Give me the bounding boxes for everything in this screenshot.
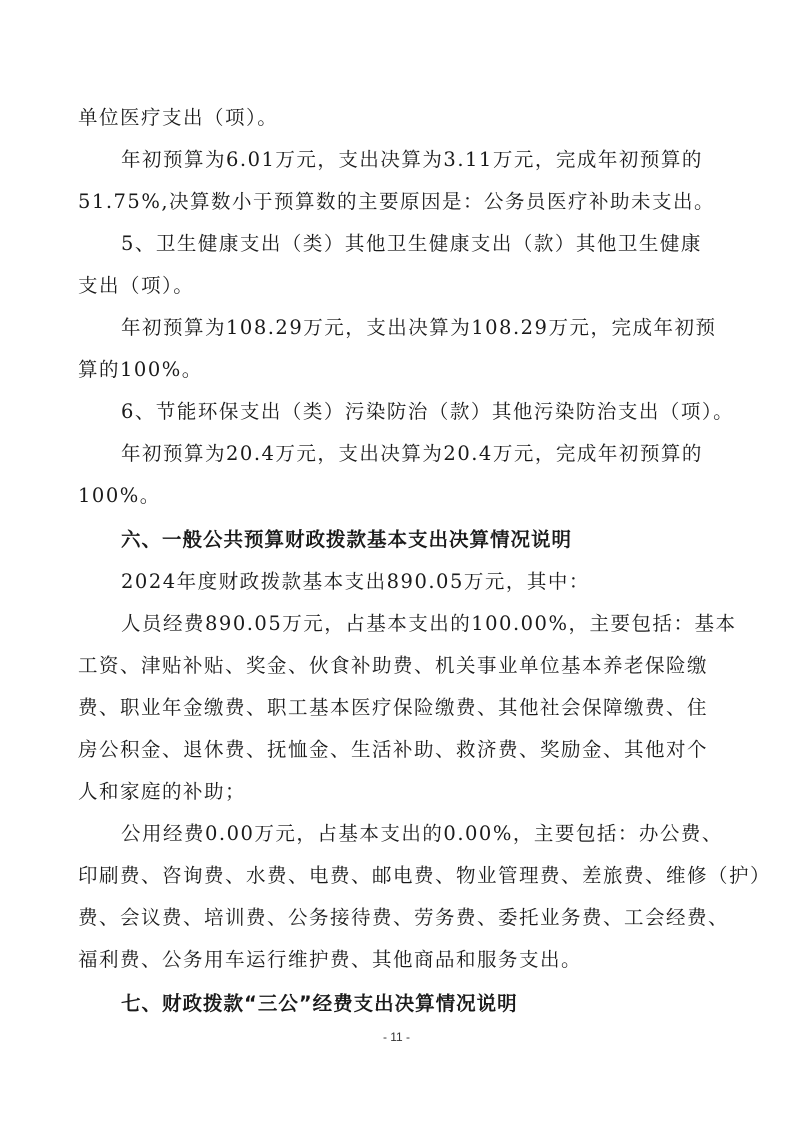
paragraph-line: 单位医疗支出（项）。 <box>78 106 738 130</box>
paragraph-line: 2024年度财政拨款基本支出890.05万元，其中： <box>121 570 781 594</box>
paragraph-line: 房公积金、退休费、抚恤金、生活补助、救济费、奖励金、其他对个 <box>78 738 738 762</box>
paragraph-line: 51.75%,决算数小于预算数的主要原因是：公务员医疗补助未支出。 <box>78 190 738 214</box>
paragraph-line: 费、会议费、培训费、公务接待费、劳务费、委托业务费、工会经费、 <box>78 906 738 930</box>
section-heading-7: 七、财政拨款“三公”经费支出决算情况说明 <box>121 992 781 1016</box>
paragraph-line: 福利费、公务用车运行维护费、其他商品和服务支出。 <box>78 948 738 972</box>
paragraph-line: 100%。 <box>78 484 738 508</box>
paragraph-line: 公用经费0.00万元，占基本支出的0.00%，主要包括：办公费、 <box>121 822 781 846</box>
paragraph-line: 支出（项）。 <box>78 274 738 298</box>
paragraph-line: 算的100%。 <box>78 358 738 382</box>
paragraph-line: 印刷费、咨询费、水费、电费、邮电费、物业管理费、差旅费、维修（护） <box>78 864 738 888</box>
paragraph-line: 费、职业年金缴费、职工基本医疗保险缴费、其他社会保障缴费、住 <box>78 696 738 720</box>
paragraph-line: 人员经费890.05万元，占基本支出的100.00%，主要包括：基本 <box>121 612 781 636</box>
paragraph-line: 工资、津贴补贴、奖金、伙食补助费、机关事业单位基本养老保险缴 <box>78 654 738 678</box>
page-number: - 11 - <box>0 1030 793 1044</box>
section-heading-6: 六、一般公共预算财政拨款基本支出决算情况说明 <box>121 528 781 552</box>
paragraph-line: 5、卫生健康支出（类）其他卫生健康支出（款）其他卫生健康 <box>121 232 781 256</box>
paragraph-line: 年初预算为6.01万元，支出决算为3.11万元，完成年初预算的 <box>121 148 781 172</box>
paragraph-line: 年初预算为108.29万元，支出决算为108.29万元，完成年初预 <box>121 316 781 340</box>
paragraph-line: 人和家庭的补助； <box>78 780 738 804</box>
document-page: 单位医疗支出（项）。 年初预算为6.01万元，支出决算为3.11万元，完成年初预… <box>0 0 793 1122</box>
paragraph-line: 6、节能环保支出（类）污染防治（款）其他污染防治支出（项）。 <box>121 400 781 424</box>
paragraph-line: 年初预算为20.4万元，支出决算为20.4万元，完成年初预算的 <box>121 442 781 466</box>
